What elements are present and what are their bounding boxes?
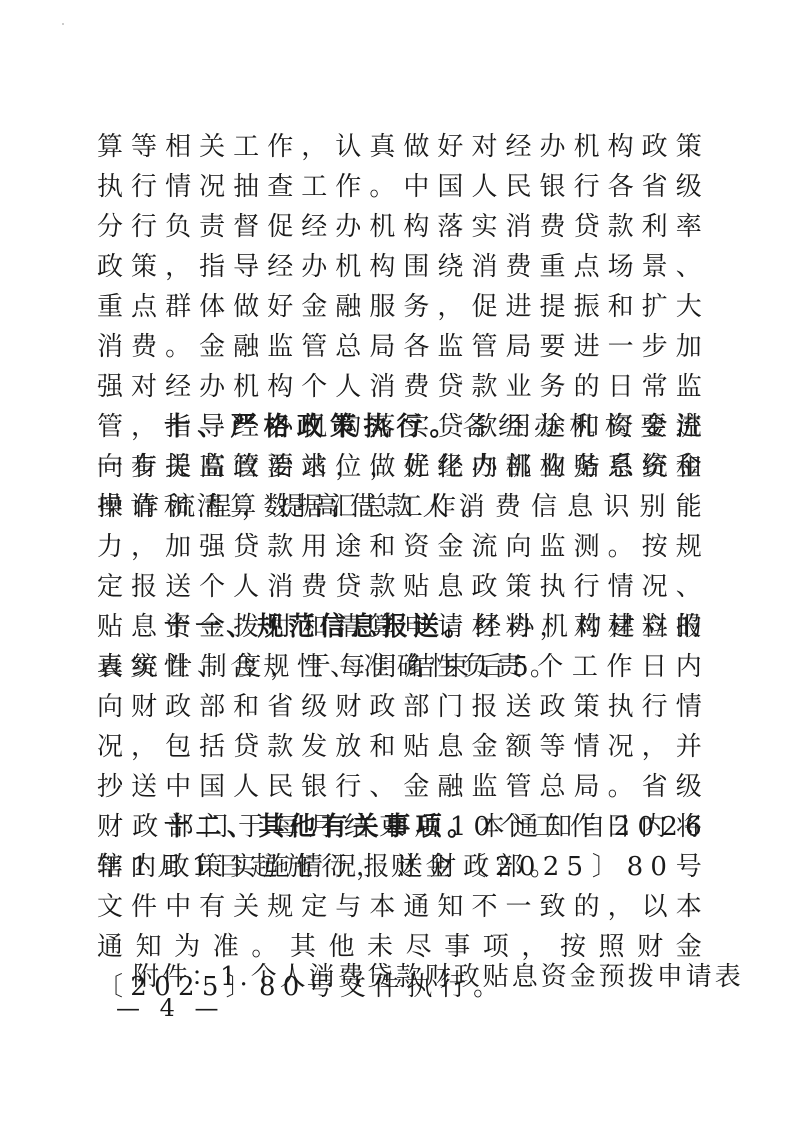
paragraph-heading: 十、严格政策执行。 xyxy=(164,412,463,442)
document-page: 算等相关工作，认真做好对经办机构政策执行情况抽查工作。中国人民银行各省级分行负责… xyxy=(0,0,790,1130)
scan-speck xyxy=(62,23,64,25)
paragraph-heading: 十二、其他有关事项。 xyxy=(164,812,479,842)
page-number: — 4 — xyxy=(116,994,225,1022)
paragraph-heading: 十一、规范信息报送。 xyxy=(164,612,475,642)
attachment-line: 附件：1.个人消费贷款财政贴息资金预拨申请表 xyxy=(133,956,744,993)
